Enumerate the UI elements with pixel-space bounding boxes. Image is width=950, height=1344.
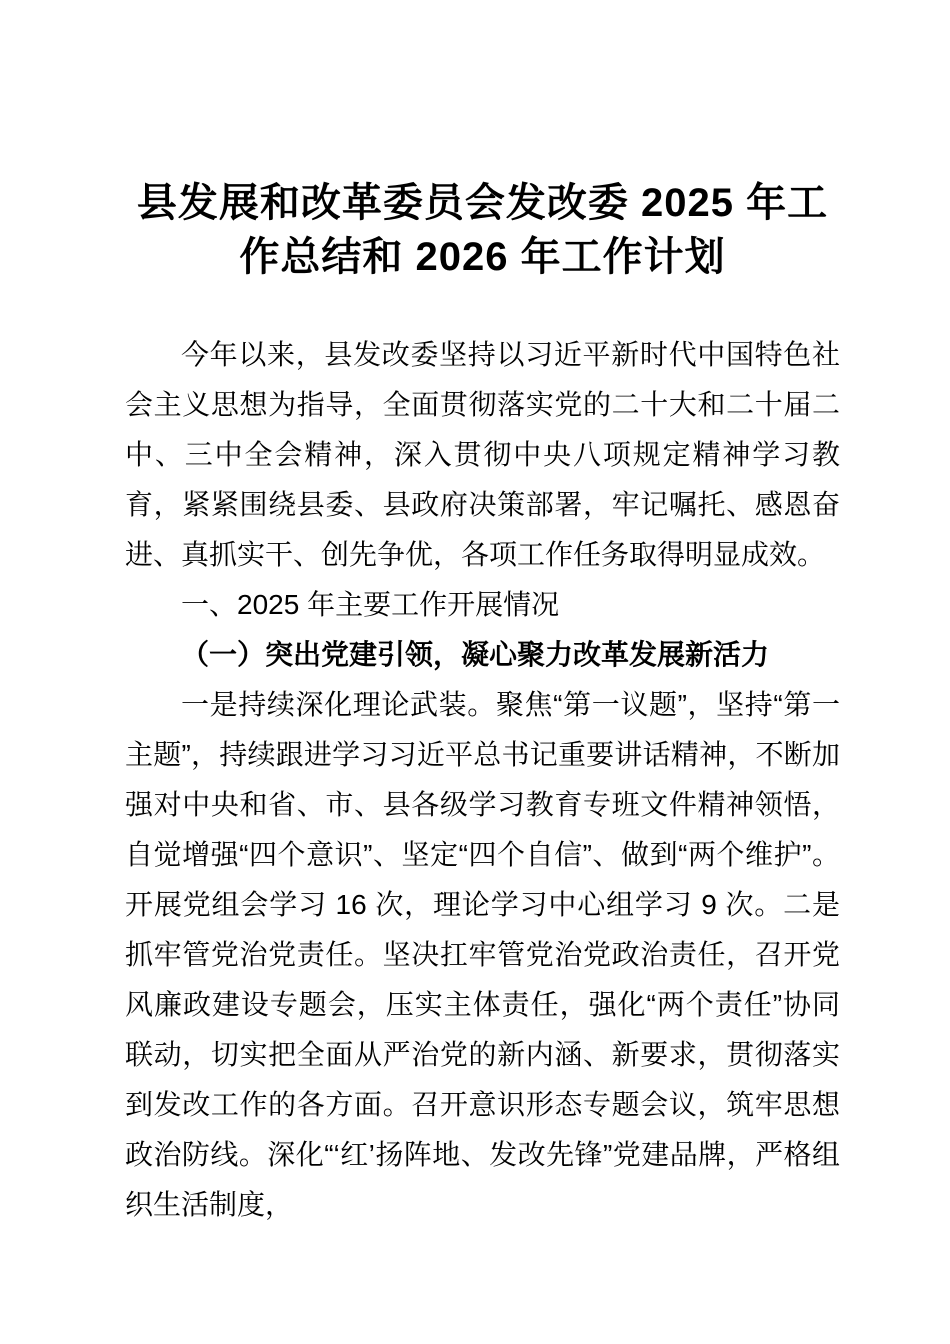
- paragraph: 今年以来，县发改委坚持以习近平新时代中国特色社会主义思想为指导，全面贯彻落实党的…: [125, 330, 840, 580]
- document-page: 县发展和改革委员会发改委 2025 年工作总结和 2026 年工作计划 今年以来…: [0, 0, 950, 1344]
- document-body: 今年以来，县发改委坚持以习近平新时代中国特色社会主义思想为指导，全面贯彻落实党的…: [125, 330, 840, 1230]
- heading-level-1: 一、2025 年主要工作开展情况: [125, 580, 840, 630]
- paragraph: 一是持续深化理论武装。聚焦“第一议题”，坚持“第一主题”，持续跟进学习习近平总书…: [125, 680, 840, 1230]
- document-title: 县发展和改革委员会发改委 2025 年工作总结和 2026 年工作计划: [125, 176, 840, 284]
- heading-level-2: （一）突出党建引领，凝心聚力改革发展新活力: [125, 630, 840, 680]
